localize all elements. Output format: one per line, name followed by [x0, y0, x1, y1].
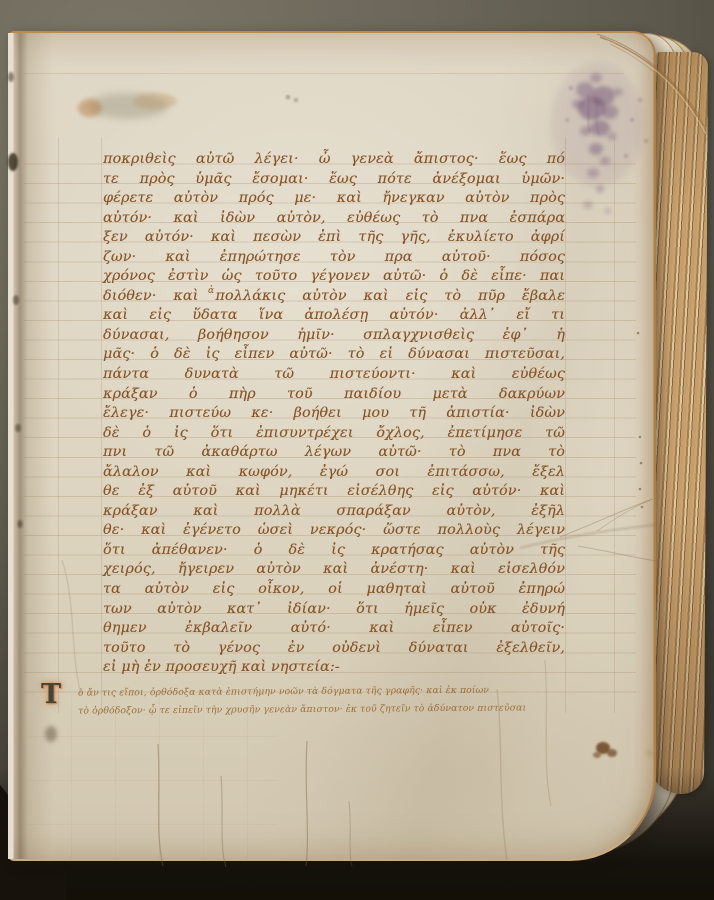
- text-line: δὲ ὁ ἰς ὅτι ἐπισυντρέχει ὄχλος, ἐπετίμησ…: [103, 424, 565, 444]
- text-line: χρόνος ἐστὶν ὡς τοῦτο γέγονεν αὐτῶ· ὁ δὲ…: [103, 267, 565, 287]
- text-line: κράξαν ὁ πὴρ τοῦ παιδίου μετὰ δακρύων: [103, 385, 565, 405]
- text-line: πάντα δυνατὰ τῶ πιστεύοντι· καὶ εὐθέως: [103, 365, 565, 385]
- text-line: ξεν αὐτόν· καὶ πεσὼν ἐπὶ τῆς γῆς, ἐκυλίε…: [103, 228, 565, 248]
- text-line: τε πρὸς ὑμᾶς ἔσομαι· ἕως πότε ἀνέξομαι ὑ…: [103, 170, 565, 190]
- text-line: δύνασαι, βοήθησον ἡμῖν· σπλαγχνισθεὶς ἐφ…: [103, 326, 565, 346]
- text-line: θε· καὶ ἐγένετο ὡσεὶ νεκρός· ὥστε πολλοὺ…: [103, 521, 565, 541]
- text-line: καὶ εἰς ὕδατα ἵνα ἀπολέσῃ αὐτόν· ἀλλ᾽ εἴ…: [103, 306, 565, 326]
- text-line: ποκριθεὶς αὐτῶ λέγει· ὦ γενεὰ ἄπιστος· ἕ…: [103, 150, 565, 170]
- text-line: πνι τῶ ἀκαθάρτω λέγων αὐτῶ· τὸ πνα τὸ: [103, 443, 565, 463]
- marginal-note: ὸ ἄν τις εἴποι, ὀρθόδοξα κατὰ ἐπιστήμην …: [78, 681, 538, 719]
- text-line: θε ἐξ αὐτοῦ καὶ μηκέτι εἰσέλθης εἰς αὐτό…: [103, 482, 565, 502]
- top-margin-ruling: [24, 73, 624, 74]
- text-line: ἔλεγε· πιστεύω κε· βοήθει μου τῆ ἀπιστία…: [103, 404, 565, 424]
- text-line: μᾶς· ὁ δὲ ἰς εἶπεν αὐτῶ· τὸ εἰ δύνασαι π…: [103, 345, 565, 365]
- text-line: τοῦτο τὸ γένος ἐν οὐδενὶ δύναται ἐξελθεῖ…: [103, 639, 565, 659]
- manuscript-photo: ποκριθεὶς αὐτῶ λέγει· ὦ γενεὰ ἄπιστος· ἕ…: [0, 0, 714, 900]
- note-line: τὸ ὀρθόδοξον· ᾧ τε εἰπεῖν τὴν χρυσῆν γεν…: [78, 699, 538, 720]
- text-line: χειρός, ἤγειρεν αὐτὸν καὶ ἀνέστη· καὶ εἰ…: [103, 560, 565, 580]
- main-text-block: ποκριθεὶς αὐτῶ λέγει· ὦ γενεὰ ἄπιστος· ἕ…: [103, 150, 565, 678]
- vertical-ruling: [101, 137, 102, 713]
- manuscript-page: ποκριθεὶς αὐτῶ λέγει· ὦ γενεὰ ἄπιστος· ἕ…: [8, 31, 656, 861]
- vertical-ruling: [614, 137, 615, 713]
- text-line: εἰ μὴ ἐν προσευχῆ καὶ νηστεία:-: [103, 658, 565, 678]
- text-line: τα αὐτὸν εἰς οἶκον, οἱ μαθηταὶ αὐτοῦ ἐπη…: [103, 580, 565, 600]
- text-line: κράξαν καὶ πολλὰ σπαράξαν αὐτὸν, ἐξῆλ: [103, 502, 565, 522]
- text-line: των αὐτὸν κατ᾽ ἰδίαν· ὅτι ἡμεῖς οὐκ ἐδυν…: [103, 600, 565, 620]
- text-line: ὅτι ἀπέθανεν· ὁ δὲ ἰς κρατήσας αὐτὸν τῆς: [103, 541, 565, 561]
- vertical-ruling: [565, 137, 566, 713]
- text-line: διόθεν· καὶ πολλάκις αὐτὸν καὶ εἰς τὸ πῦ…: [103, 287, 565, 307]
- text-line: αὐτόν· καὶ ἰδὼν αὐτὸν, εὐθέως τὸ πνα ἐσπ…: [103, 209, 565, 229]
- text-line: ζων· καὶ ἐπηρώτησε τὸν πρα αὐτοῦ· πόσος: [103, 248, 565, 268]
- text-line: φέρετε αὐτὸν πρός με· καὶ ἤνεγκαν αὐτὸν …: [103, 189, 565, 209]
- text-line: ἄλαλον καὶ κωφόν, ἐγώ σοι ἐπιτάσσω, ἔξελ: [103, 463, 565, 483]
- fore-edge-page-stack: [648, 52, 708, 794]
- text-line: θημεν ἐκβαλεῖν αὐτό· καὶ εἶπεν αὐτοῖς·: [103, 619, 565, 639]
- decorated-initial: Τ: [41, 678, 61, 712]
- interlinear-correction: ἁ: [208, 286, 214, 296]
- vertical-ruling: [58, 137, 59, 713]
